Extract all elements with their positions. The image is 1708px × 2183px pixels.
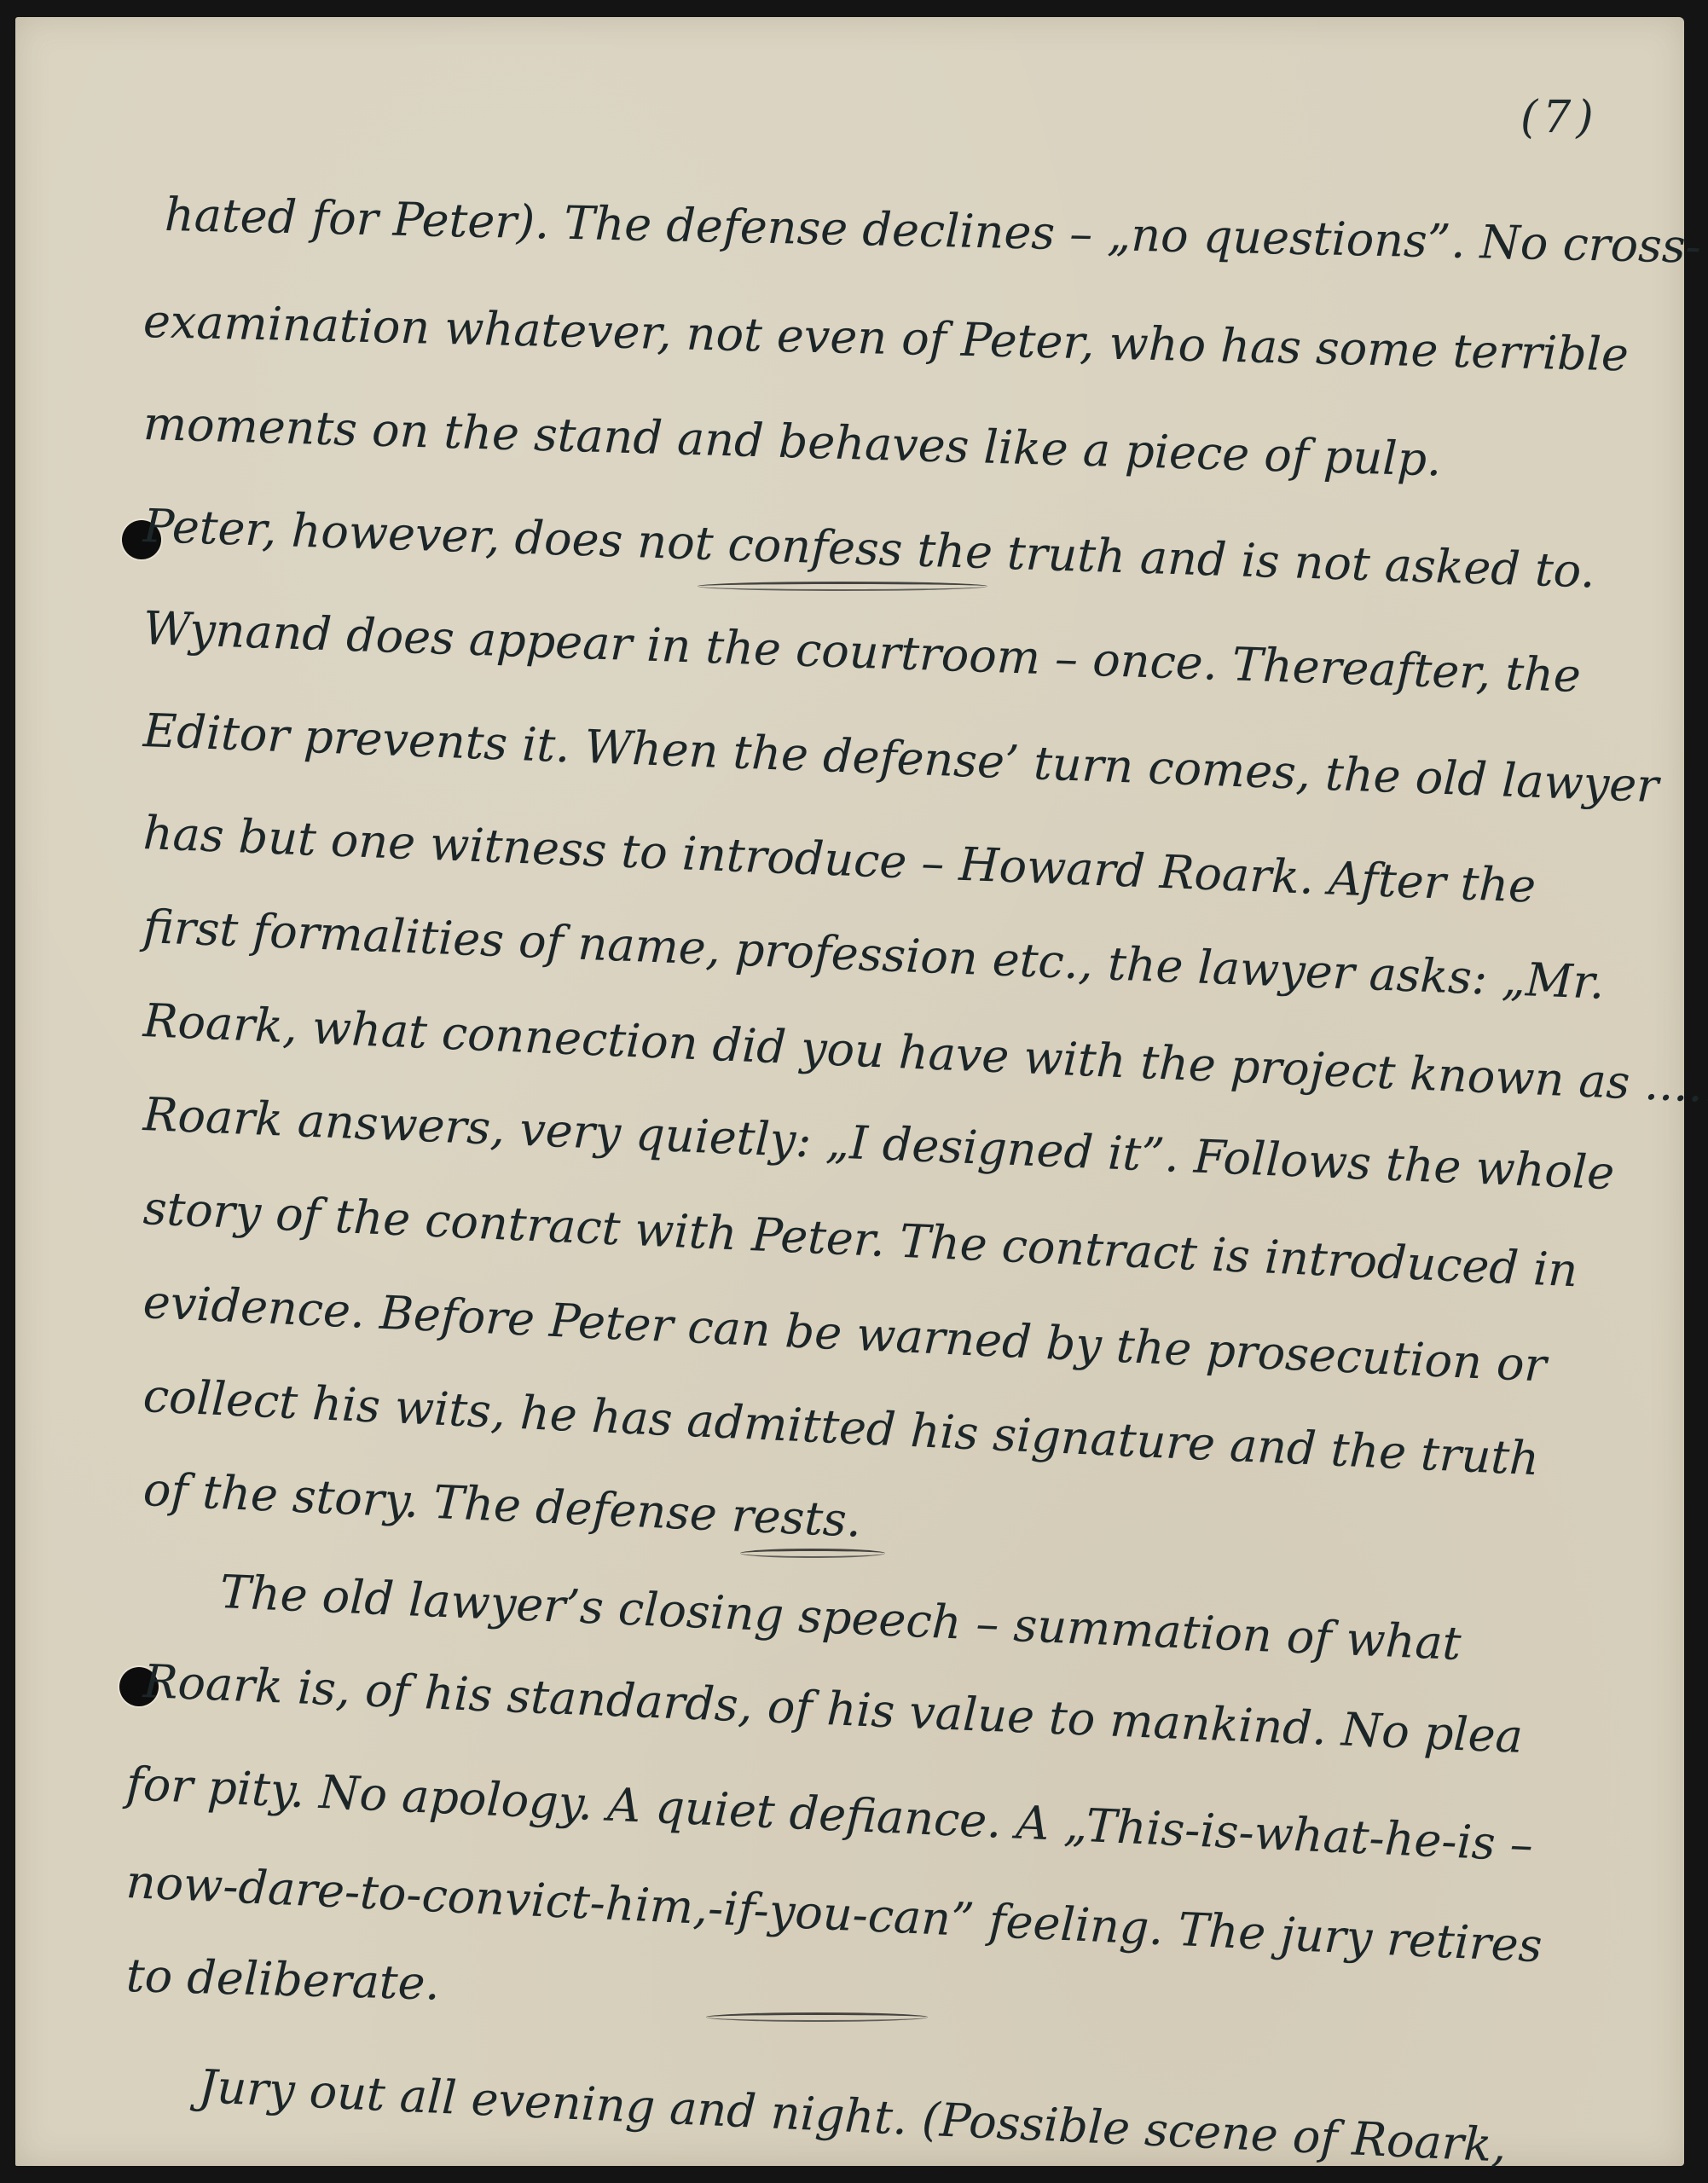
- page-number: (7): [1520, 92, 1599, 143]
- text-line: story of the contract with Peter. The co…: [142, 1185, 1578, 1294]
- text-line: of the story. The defense rests.: [142, 1467, 862, 1544]
- insertion-mark: [698, 582, 987, 591]
- text-line: The old lawyer’s closing speech – summat…: [219, 1569, 1462, 1667]
- manuscript-page: (7) hated for Peter). The defense declin…: [15, 17, 1684, 2166]
- insertion-mark: [706, 2012, 928, 2022]
- text-line: now-dare-to-convict-him,-if-you-can” fee…: [125, 1859, 1543, 1969]
- text-line: Roark is, of his standards, of his value…: [142, 1659, 1524, 1760]
- text-line: evidence. Before Peter can be warned by …: [142, 1279, 1548, 1389]
- text-line: Roark, what connection did you have with…: [142, 998, 1708, 1111]
- text-line: for pity. No apology. A quiet defiance. …: [125, 1761, 1534, 1868]
- text-line: hated for Peter). The defense declines –…: [164, 192, 1701, 270]
- text-line: to deliberate.: [125, 1953, 440, 2007]
- insertion-mark: [740, 1549, 885, 1558]
- text-line: moments on the stand and behaves like a …: [142, 401, 1442, 484]
- text-line: first formalities of name, profession et…: [142, 904, 1606, 1006]
- text-line: collect his wits, he has admitted his si…: [142, 1373, 1540, 1482]
- text-line: Roark answers, very quietly: „I designed…: [142, 1091, 1615, 1196]
- text-line: Editor prevents it. When the defense’ tu…: [142, 708, 1659, 809]
- text-line: examination whatever, not even of Peter,…: [142, 298, 1629, 379]
- text-line: Wynand does appear in the courtroom – on…: [142, 605, 1582, 699]
- text-line: Jury out all evening and night. (Possibl…: [198, 2064, 1508, 2169]
- text-line: has but one witness to introduce – Howar…: [142, 810, 1537, 910]
